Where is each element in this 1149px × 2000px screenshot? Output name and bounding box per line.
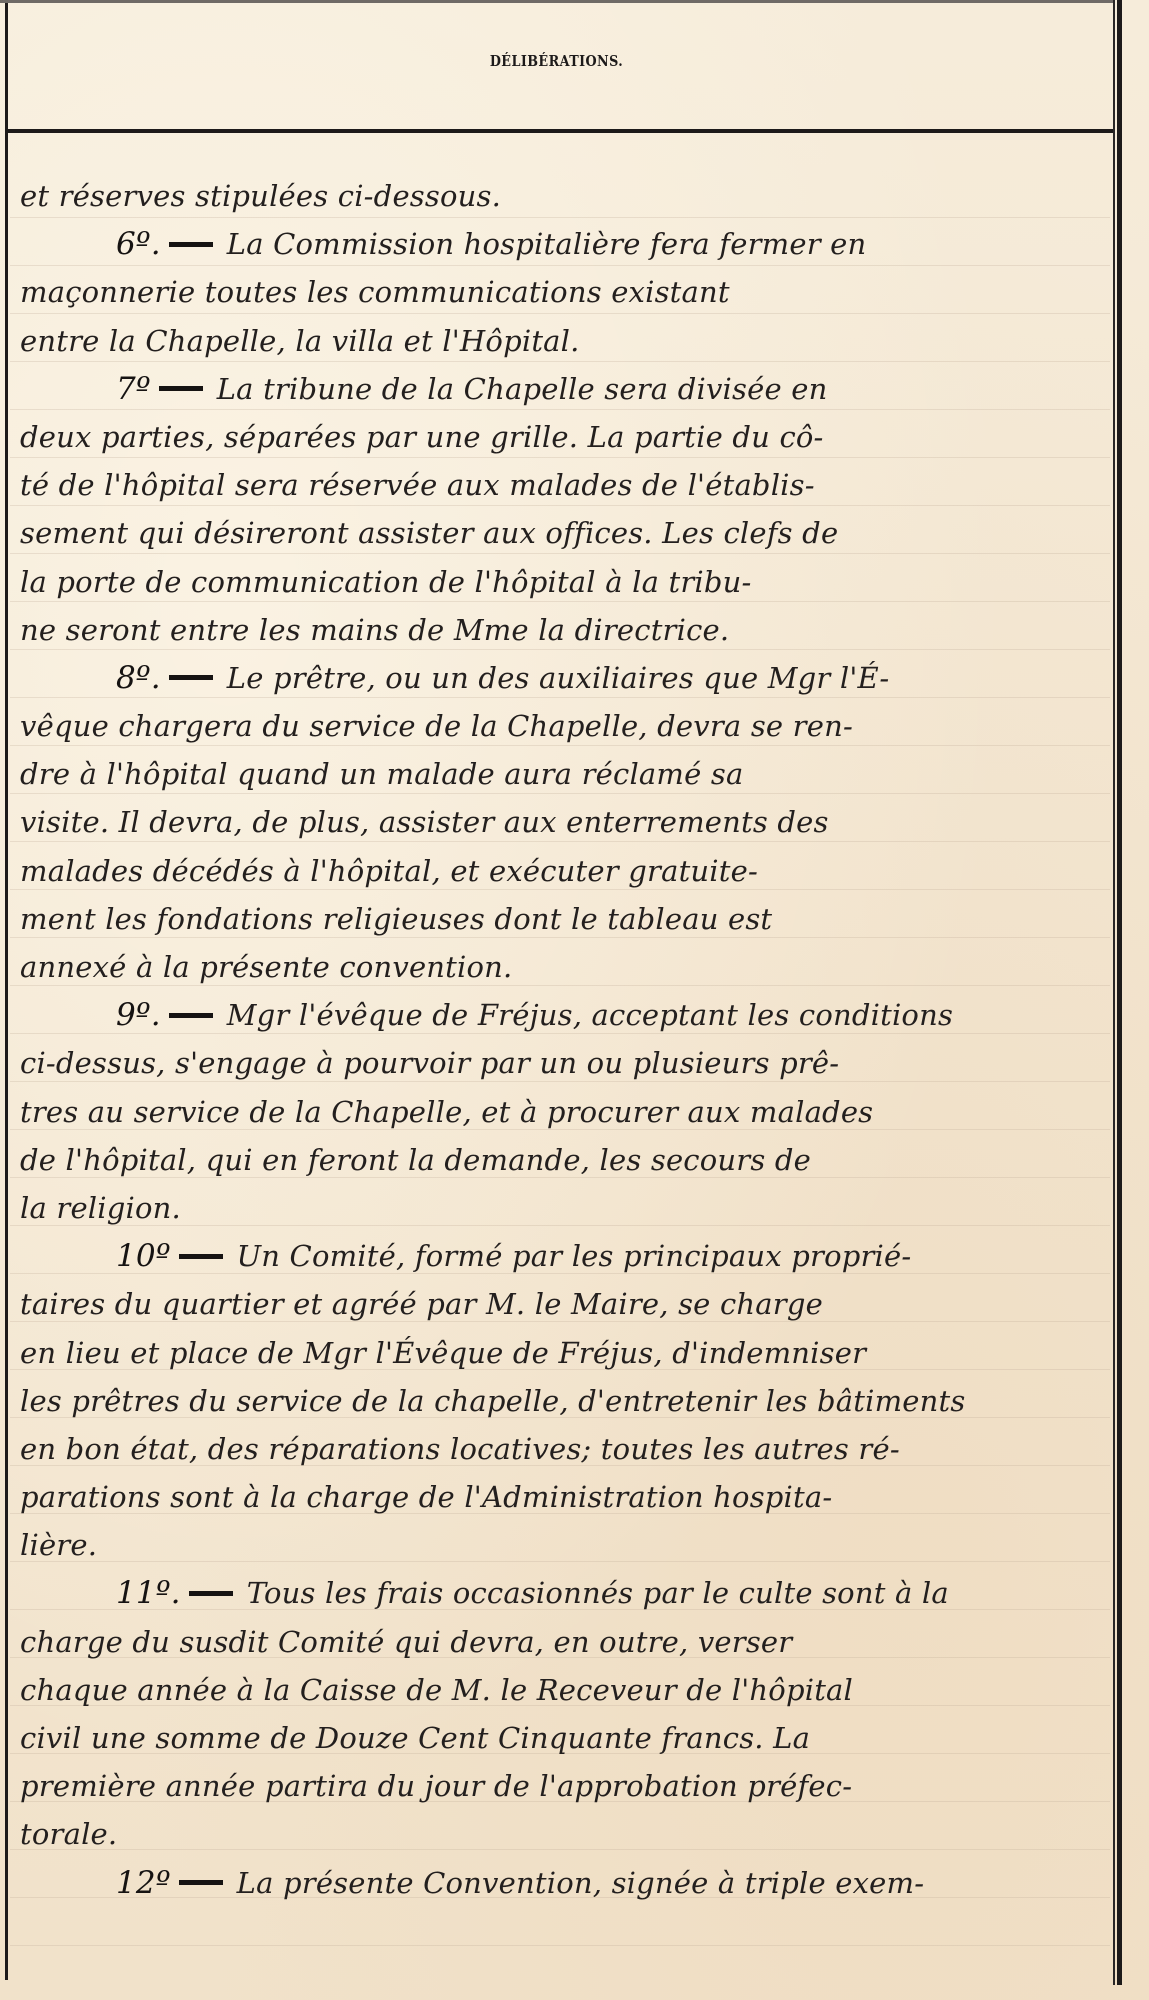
- header-rule: [5, 129, 1113, 133]
- text-line: lière.: [20, 1521, 1100, 1569]
- text-line: ci-dessus, s'engage à pourvoir par un ou…: [20, 1039, 1100, 1087]
- article-number: 9º.: [116, 997, 161, 1033]
- line-text: dre à l'hôpital quand un malade aura réc…: [20, 757, 743, 791]
- line-text: vêque chargera du service de la Chapelle…: [20, 709, 853, 743]
- article-dash: [189, 1591, 233, 1596]
- line-text: en bon état, des réparations locatives; …: [20, 1432, 900, 1466]
- line-text: civil une somme de Douze Cent Cinquante …: [20, 1721, 810, 1755]
- line-text: ne seront entre les mains de Mme la dire…: [20, 613, 729, 647]
- article-number: 7º: [116, 371, 151, 407]
- article-line: 7ºLa tribune de la Chapelle sera divisée…: [20, 365, 1100, 413]
- text-line: ment les fondations religieuses dont le …: [20, 895, 1100, 943]
- line-text: Mgr l'évêque de Fréjus, acceptant les co…: [227, 998, 953, 1032]
- line-text: parations sont à la charge de l'Administ…: [20, 1480, 832, 1514]
- line-text: de l'hôpital, qui en feront la demande, …: [20, 1143, 811, 1177]
- line-text: annexé à la présente convention.: [20, 950, 512, 984]
- frame-right-inner-border: [1113, 0, 1115, 1985]
- line-text: La tribune de la Chapelle sera divisée e…: [217, 372, 828, 406]
- article-number: 8º.: [116, 660, 161, 696]
- article-number: 12º: [116, 1865, 171, 1901]
- text-line: dre à l'hôpital quand un malade aura réc…: [20, 750, 1100, 798]
- article-line: 9º.Mgr l'évêque de Fréjus, acceptant les…: [20, 991, 1100, 1039]
- line-text: Tous les frais occasionnés par le culte …: [247, 1576, 949, 1610]
- text-line: chaque année à la Caisse de M. le Receve…: [20, 1666, 1100, 1714]
- text-line: maçonnerie toutes les communications exi…: [20, 268, 1100, 316]
- line-text: taires du quartier et agréé par M. le Ma…: [20, 1287, 823, 1321]
- text-line: sement qui désireront assister aux offic…: [20, 509, 1100, 557]
- line-text: té de l'hôpital sera réservée aux malade…: [20, 468, 815, 502]
- article-number: 6º.: [116, 226, 161, 262]
- text-line: ne seront entre les mains de Mme la dire…: [20, 606, 1100, 654]
- text-line: deux parties, séparées par une grille. L…: [20, 413, 1100, 461]
- line-text: la religion.: [20, 1191, 181, 1225]
- text-line: la porte de communication de l'hôpital à…: [20, 558, 1100, 606]
- line-text: tres au service de la Chapelle, et à pro…: [20, 1095, 873, 1129]
- article-dash: [159, 386, 203, 391]
- text-line: entre la Chapelle, la villa et l'Hôpital…: [20, 317, 1100, 365]
- line-text: La Commission hospitalière fera fermer e…: [227, 227, 867, 261]
- line-text: la porte de communication de l'hôpital à…: [20, 565, 752, 599]
- line-text: La présente Convention, signée à triple …: [237, 1866, 925, 1900]
- article-dash: [169, 242, 213, 247]
- text-line: les prêtres du service de la chapelle, d…: [20, 1377, 1100, 1425]
- text-line: torale.: [20, 1810, 1100, 1858]
- text-line: en lieu et place de Mgr l'Évêque de Fréj…: [20, 1329, 1100, 1377]
- text-line: parations sont à la charge de l'Administ…: [20, 1473, 1100, 1521]
- text-line: taires du quartier et agréé par M. le Ma…: [20, 1280, 1100, 1328]
- article-dash: [179, 1254, 223, 1259]
- line-text: sement qui désireront assister aux offic…: [20, 516, 838, 550]
- text-line: visite. Il devra, de plus, assister aux …: [20, 798, 1100, 846]
- line-text: deux parties, séparées par une grille. L…: [20, 420, 824, 454]
- line-text: maçonnerie toutes les communications exi…: [20, 275, 730, 309]
- article-number: 10º: [116, 1238, 171, 1274]
- text-line: té de l'hôpital sera réservée aux malade…: [20, 461, 1100, 509]
- article-dash: [179, 1880, 223, 1885]
- line-text: ci-dessus, s'engage à pourvoir par un ou…: [20, 1046, 839, 1080]
- article-dash: [169, 1013, 213, 1018]
- article-number: 11º.: [116, 1575, 181, 1611]
- line-text: visite. Il devra, de plus, assister aux …: [20, 805, 829, 839]
- line-text: les prêtres du service de la chapelle, d…: [20, 1384, 965, 1418]
- text-line: civil une somme de Douze Cent Cinquante …: [20, 1714, 1100, 1762]
- line-text: malades décédés à l'hôpital, et exécuter…: [20, 854, 758, 888]
- text-line: vêque chargera du service de la Chapelle…: [20, 702, 1100, 750]
- text-line: malades décédés à l'hôpital, et exécuter…: [20, 847, 1100, 895]
- text-line: et réserves stipulées ci-dessous.: [20, 172, 1100, 220]
- article-line: 11º.Tous les frais occasionnés par le cu…: [20, 1569, 1100, 1617]
- text-line: première année partira du jour de l'appr…: [20, 1762, 1100, 1810]
- line-text: première année partira du jour de l'appr…: [20, 1769, 852, 1803]
- page-header: DÉLIBÉRATIONS.: [83, 52, 1029, 70]
- line-text: Le prêtre, ou un des auxiliaires que Mgr…: [227, 661, 890, 695]
- line-text: ment les fondations religieuses dont le …: [20, 902, 772, 936]
- text-line: en bon état, des réparations locatives; …: [20, 1425, 1100, 1473]
- article-line: 8º.Le prêtre, ou un des auxiliaires que …: [20, 654, 1100, 702]
- text-line: annexé à la présente convention.: [20, 943, 1100, 991]
- frame-left-border: [5, 3, 8, 1980]
- line-text: Un Comité, formé par les principaux prop…: [237, 1239, 912, 1273]
- page-top-edge: [0, 0, 1115, 3]
- line-text: torale.: [20, 1817, 117, 1851]
- text-line: tres au service de la Chapelle, et à pro…: [20, 1088, 1100, 1136]
- text-line: charge du susdit Comité qui devra, en ou…: [20, 1618, 1100, 1666]
- line-text: entre la Chapelle, la villa et l'Hôpital…: [20, 324, 580, 358]
- line-text: en lieu et place de Mgr l'Évêque de Fréj…: [20, 1336, 866, 1370]
- line-text: charge du susdit Comité qui devra, en ou…: [20, 1625, 792, 1659]
- article-dash: [169, 675, 213, 680]
- article-line: 12ºLa présente Convention, signée à trip…: [20, 1859, 1100, 1907]
- article-line: 6º.La Commission hospitalière fera ferme…: [20, 220, 1100, 268]
- text-line: la religion.: [20, 1184, 1100, 1232]
- handwritten-text-body: et réserves stipulées ci-dessous.6º.La C…: [20, 172, 1100, 1907]
- article-line: 10ºUn Comité, formé par les principaux p…: [20, 1232, 1100, 1280]
- frame-right-outer-border: [1117, 0, 1122, 1985]
- line-text: lière.: [20, 1528, 97, 1562]
- text-line: de l'hôpital, qui en feront la demande, …: [20, 1136, 1100, 1184]
- line-text: et réserves stipulées ci-dessous.: [20, 179, 501, 213]
- line-text: chaque année à la Caisse de M. le Receve…: [20, 1673, 853, 1707]
